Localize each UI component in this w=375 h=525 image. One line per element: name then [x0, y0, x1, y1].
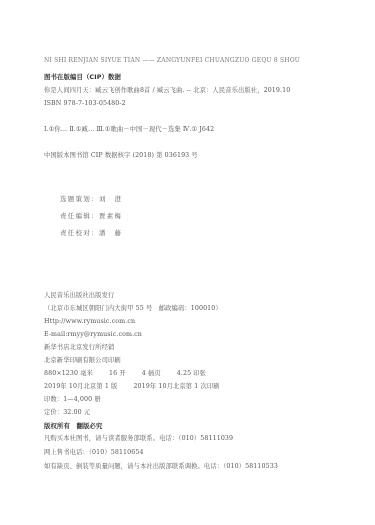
- edition: 2019年 10月北京第 1 版: [44, 383, 117, 390]
- publisher-line: 人民音乐出版社出版发行: [44, 292, 114, 300]
- printer: 北京新华印刷有限公司印刷: [44, 357, 121, 365]
- price: 定价：32.00 元: [44, 409, 90, 417]
- book-specs: 880×1230 毫米16 开4 插页4.25 印张: [44, 370, 206, 378]
- spec-inserts: 4 插页: [142, 370, 161, 377]
- spec-sheets: 4.25 印张: [177, 370, 206, 377]
- spec-size: 880×1230 毫米: [44, 370, 93, 377]
- staff-label: 选题策划：: [60, 195, 99, 203]
- publisher-website: Http://www.rymusic.com.cn: [44, 318, 135, 326]
- cip-heading: 图书在版编目（CIP）数据: [44, 73, 121, 81]
- classification: Ⅰ.①你… Ⅱ.①臧… Ⅲ.①歌曲－中国－现代－选集 Ⅳ.① J642: [44, 126, 214, 134]
- staff-name: 贾素梅: [99, 212, 122, 220]
- staff-name: 刘 澄: [99, 195, 122, 203]
- isbn: ISBN 978-7-103-05480-2: [44, 100, 126, 108]
- staff-name: 潘 藤: [99, 229, 122, 237]
- spec-format: 16 开: [109, 370, 126, 377]
- pinyin-title: NI SHI RENJIAN SIYUE TIAN —— ZANGYUNFEI …: [44, 57, 300, 65]
- staff-label: 责任校对：: [60, 229, 99, 237]
- rights-heading: 版权所有 翻版必究: [44, 422, 102, 430]
- reader-service: 凡购买本社图书，请与读者服务部联系。电话：（010）58111039: [44, 435, 233, 443]
- staff-planner: 选题策划：刘 澄: [60, 195, 122, 203]
- editions: 2019年 10月北京第 1 版2019年 10月北京第 1 次印刷: [44, 383, 220, 391]
- print-run: 印数：1—4,000 册: [44, 396, 101, 404]
- publisher-email: E-mail:rmyy@rymusic.com.cn: [44, 331, 142, 339]
- staff-editor: 责任编辑：贾素梅: [60, 212, 122, 220]
- staff-label: 责任编辑：: [60, 212, 99, 220]
- publisher-address: （北京市东城区朝阳门内大街甲 55 号 邮政编码：100010）: [44, 305, 222, 313]
- cip-entry: 你是人间四月天：臧云飞创作歌曲8首 / 臧云飞曲. -- 北京：人民音乐出版社，…: [44, 87, 290, 95]
- printing: 2019年 10月北京第 1 次印刷: [133, 383, 219, 390]
- staff-proofreader: 责任校对：潘 藤: [60, 229, 122, 237]
- distributor: 新华书店北京发行所经销: [44, 344, 114, 352]
- cip-number: 中国版本图书馆 CIP 数据核字 (2018) 第 036193 号: [44, 152, 198, 160]
- quality-issues: 如有缺页、倒装等质量问题，请与本社出版部联系调换。电话：（010）5811053…: [44, 463, 278, 471]
- online-sales: 网上售书电话：（010）58110654: [44, 449, 144, 457]
